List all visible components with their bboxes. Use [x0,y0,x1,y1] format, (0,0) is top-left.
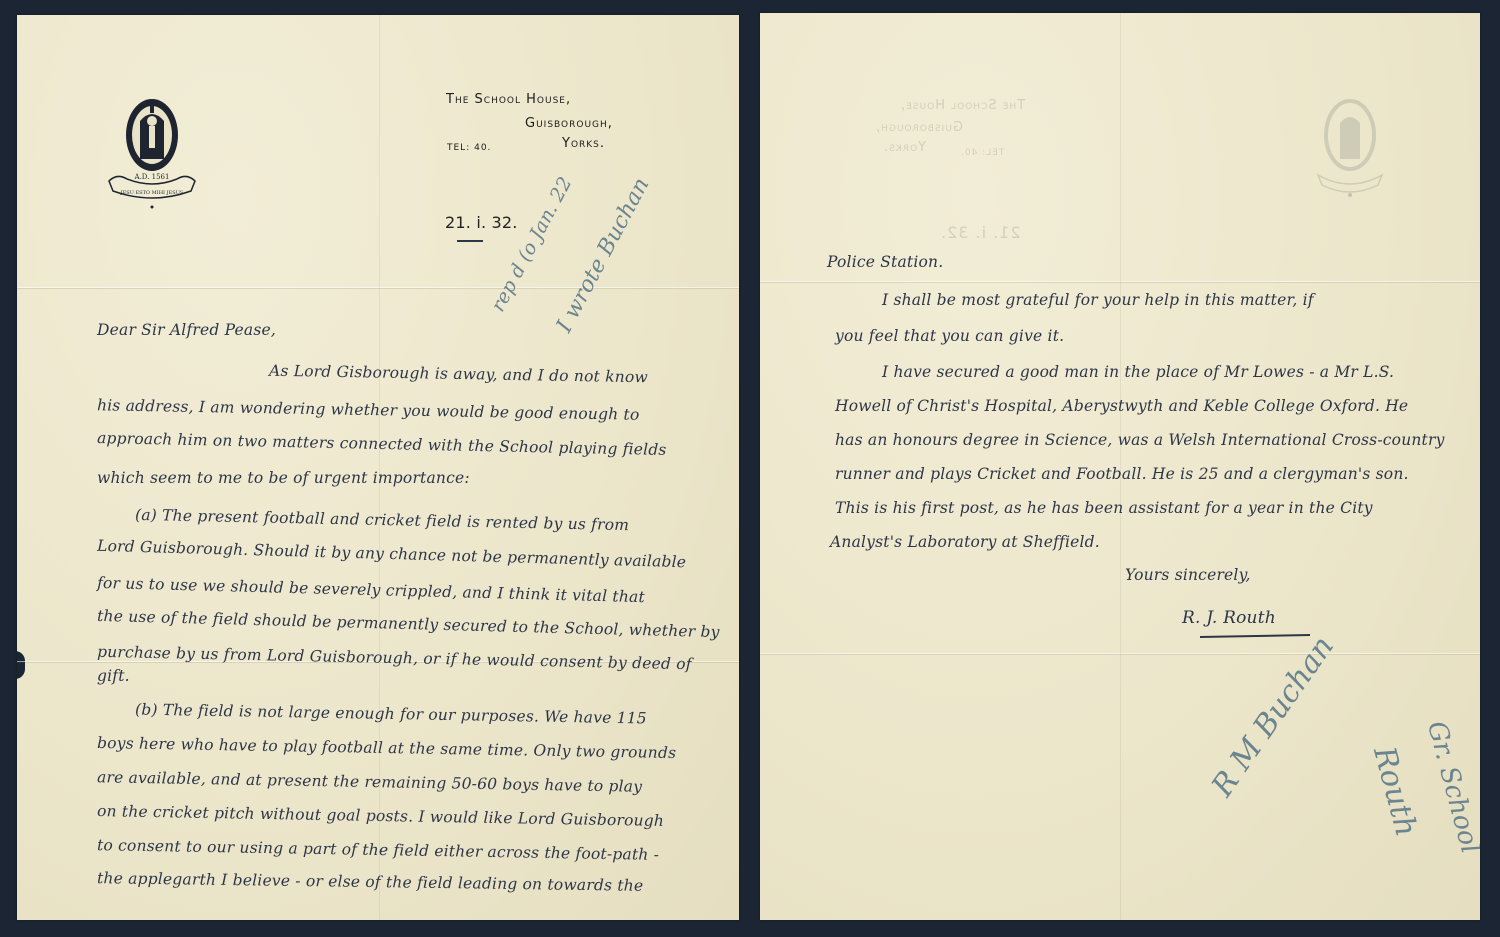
show-through-letterhead: Guisborough, [875,120,963,135]
letter-line: boys here who have to play football at t… [97,734,677,762]
letter-line: approach him on two matters connected wi… [97,429,667,459]
pencil-annotation: rep d (o Jan. 22 [487,173,576,315]
letter-line: Lord Guisborough. Should it by any chanc… [97,537,687,571]
letter-line: the applegarth I believe - or else of th… [97,869,644,895]
pencil-annotation-school: Gr. School [1421,718,1480,857]
letter-line: you feel that you can give it. [835,327,1064,345]
letter-line: Howell of Christ's Hospital, Aberystwyth… [835,397,1408,415]
pencil-annotation-routh: Routh [1366,743,1423,840]
letter-line: on the cricket pitch without goal posts.… [97,802,664,830]
svg-text:JESU ESTO MIHI JESUS: JESU ESTO MIHI JESUS [120,190,184,196]
letter-line: which seem to me to be of urgent importa… [97,469,470,487]
letter-signature: R. J. Routh [1182,608,1276,628]
letterhead-line: Yorks. [562,136,605,151]
letter-line: for us to use we should be severely crip… [97,574,645,606]
letter-line: (a) The present football and cricket fie… [135,506,629,534]
date-underline [457,240,483,242]
letterhead-line: Guisborough, [525,116,613,131]
letter-date: 21. i. 32. [445,213,518,232]
letter-line: has an honours degree in Science, was a … [835,431,1445,449]
letter-line: his address, I am wondering whether you … [97,396,640,423]
page-notch [17,651,25,679]
svg-text:A.D. 1561: A.D. 1561 [134,173,170,181]
letter-page-1: A.D. 1561 JESU ESTO MIHI JESUS The Schoo… [17,15,739,920]
letter-line: I have secured a good man in the place o… [882,363,1394,381]
show-through-tel: TEL: 40. [960,148,1004,158]
school-crest-icon: A.D. 1561 JESU ESTO MIHI JESUS [99,93,205,213]
letter-line: (b) The field is not large enough for ou… [135,701,647,728]
letterhead-line: The School House, [446,92,571,107]
letter-line: purchase by us from Lord Guisborough, or… [97,643,692,673]
letter-closing: Yours sincerely, [1125,566,1251,584]
fold-line [17,287,739,288]
show-through-crest-icon [1310,93,1390,203]
letter-line: I shall be most grateful for your help i… [882,291,1314,309]
signature-underline [1200,634,1310,637]
letter-line: gift. [97,667,130,685]
letter-line: are available, and at present the remain… [97,768,642,796]
show-through-date: 21. i. 32. [940,223,1021,242]
show-through-letterhead: Yorks. [883,140,926,155]
letter-line: This is his first post, as he has been a… [835,499,1373,517]
salutation: Dear Sir Alfred Pease, [97,321,276,339]
show-through-letterhead: The School House, [900,98,1025,113]
letterhead-tel: TEL: 40. [447,143,491,153]
letter-line: the use of the field should be permanent… [97,607,720,641]
letter-page-2: The School House, Guisborough, Yorks. TE… [760,13,1480,920]
pencil-annotation-buchan: R M Buchan [1205,630,1341,803]
letter-line: As Lord Gisborough is away, and I do not… [269,362,648,387]
letter-line: runner and plays Cricket and Football. H… [835,465,1409,483]
letter-line: Analyst's Laboratory at Sheffield. [830,533,1100,551]
letter-line: Police Station. [827,253,943,271]
